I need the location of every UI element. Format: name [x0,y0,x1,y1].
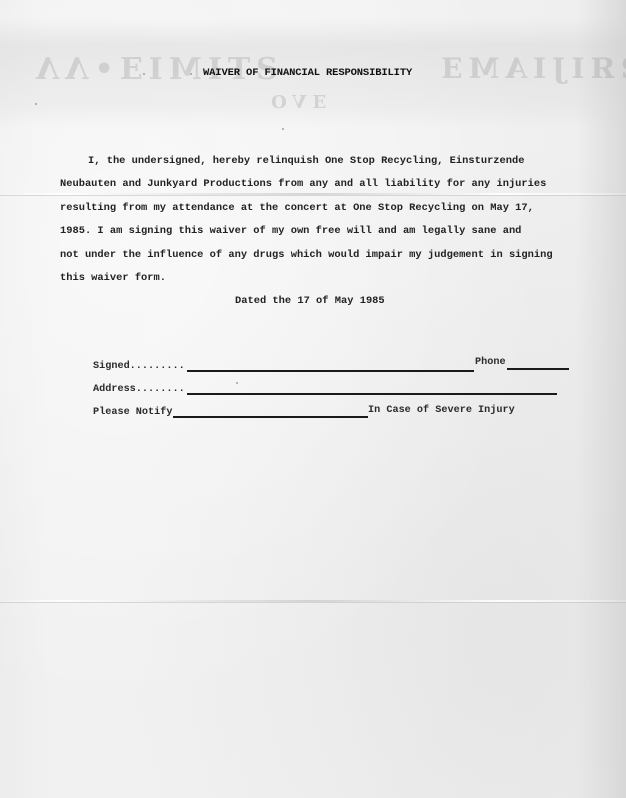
notify-label: Please Notify [93,407,172,418]
scanned-document-page: ƧTIMIƎ•ΛΛ ƧЯIJIAMƎ ƎVO WAIVER OF FINANCI… [0,0,626,798]
bleed-through-text: ƧЯIJIAMƎ [435,52,626,85]
body-line: I, the undersigned, hereby relinquish On… [60,150,580,173]
body-line: not under the influence of any drugs whi… [60,244,580,267]
emergency-contact-field[interactable] [174,402,366,416]
document-title: WAIVER OF FINANCIAL RESPONSIBILITY [203,67,416,79]
bleed-through-text: ƎVO [265,92,326,113]
speck [282,128,284,130]
phone-line [507,368,569,370]
phone-label: Phone [475,357,506,368]
body-line: resulting from my attendance at the conc… [60,197,580,220]
speck [35,103,37,105]
address-line [187,393,557,395]
date-line: Dated the 17 of May 1985 [235,295,385,307]
fold-crease [0,600,626,602]
address-label: Address........ [93,384,185,395]
notify-suffix: In Case of Severe Injury [368,405,515,416]
body-line: 1985. I am signing this waiver of my own… [60,220,580,243]
emergency-contact-line [173,416,368,418]
signature-line [187,370,474,372]
body-line: this waiver form. [60,267,580,290]
body-line: Neubauten and Junkyard Productions from … [60,173,580,196]
signature-field[interactable] [188,356,474,370]
address-field[interactable] [188,379,556,393]
speck [190,73,192,75]
speck [143,73,145,75]
signed-label: Signed......... [93,361,185,372]
waiver-body: I, the undersigned, hereby relinquish On… [60,150,580,290]
